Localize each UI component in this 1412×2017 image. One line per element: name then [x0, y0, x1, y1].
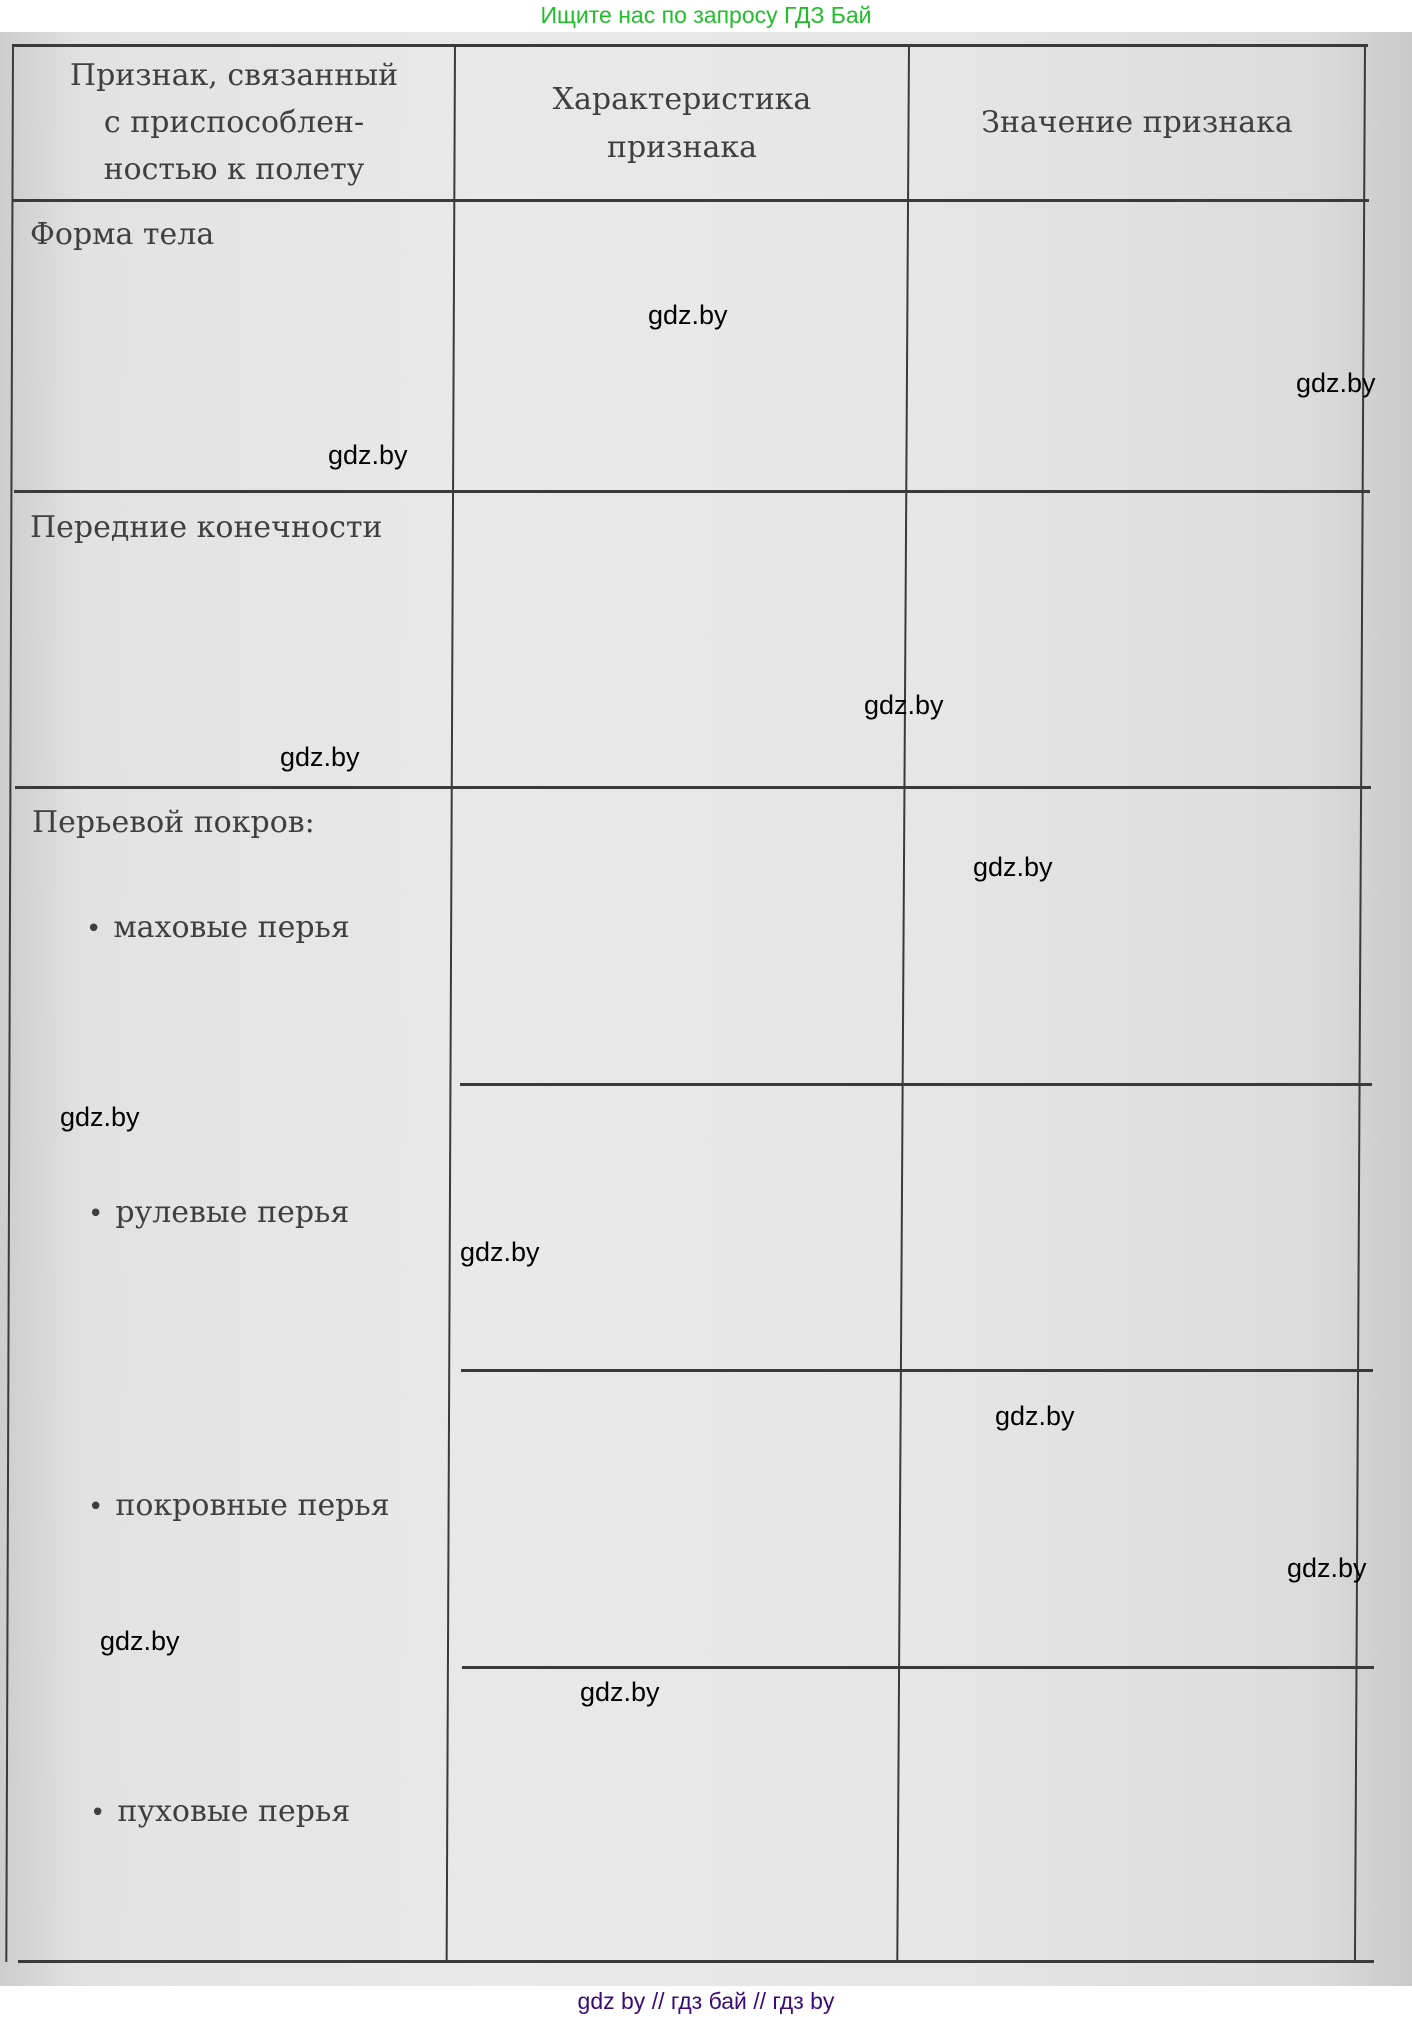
row-feature-plumage: Перьевой покров:	[32, 800, 315, 846]
watermark: gdz.by	[1296, 368, 1376, 399]
row-border	[462, 1666, 1374, 1669]
cell-characteristic-tail-feathers	[460, 1087, 908, 1367]
table-top-border	[12, 44, 1368, 47]
cell-characteristic-down-feathers	[462, 1670, 910, 1958]
row-feature-body-shape: Форма тела	[30, 212, 214, 258]
cell-characteristic-forelimbs	[458, 494, 906, 784]
header-characteristic: Характеристика признака	[456, 76, 908, 172]
header-meaning-line-1: Значение признака	[910, 100, 1364, 146]
cell-meaning-forelimbs	[912, 494, 1362, 784]
header-characteristic-line-2: признака	[456, 124, 908, 172]
row-feature-tail-feathers: рулевые перья	[88, 1190, 349, 1237]
watermark: gdz.by	[328, 440, 408, 471]
row-border	[14, 490, 1370, 493]
watermark: gdz.by	[580, 1677, 660, 1708]
watermark: gdz.by	[280, 742, 360, 773]
header-meaning: Значение признака	[910, 100, 1364, 146]
watermark: gdz.by	[60, 1102, 140, 1133]
watermark: gdz.by	[460, 1237, 540, 1268]
row-feature-forelimbs: Передние конечности	[30, 505, 382, 551]
watermark: gdz.by	[648, 300, 728, 331]
header-bottom-border	[13, 199, 1369, 202]
header-feature-line-1: Признак, связанный	[14, 52, 454, 99]
header-feature-line-2: с приспособлен-	[14, 99, 454, 146]
top-banner[interactable]: Ищите нас по запросу ГДЗ Бай	[0, 0, 1412, 32]
header-feature: Признак, связанный с приспособлен- ность…	[14, 52, 454, 193]
row-border	[15, 786, 1371, 789]
cell-meaning-flight-feathers	[912, 790, 1362, 1081]
bottom-banner[interactable]: gdz by // гдз бай // гдз by	[0, 1986, 1412, 2017]
watermark: gdz.by	[995, 1401, 1075, 1432]
watermark: gdz.by	[1287, 1553, 1367, 1584]
header-feature-line-3: ностью к полету	[14, 146, 454, 193]
header-characteristic-line-1: Характеристика	[456, 76, 908, 124]
row-feature-flight-feathers: маховые перья	[86, 905, 350, 952]
watermark: gdz.by	[973, 852, 1053, 883]
table-bottom-border	[18, 1960, 1374, 1963]
cell-meaning-contour-feathers	[915, 1373, 1365, 1664]
cell-meaning-tail-feathers	[914, 1087, 1364, 1367]
cell-characteristic-contour-feathers	[461, 1373, 909, 1664]
cell-meaning-down-feathers	[916, 1670, 1366, 1958]
cell-meaning-body-shape	[912, 203, 1362, 488]
cell-characteristic-body-shape	[458, 203, 906, 488]
watermark: gdz.by	[864, 690, 944, 721]
row-feature-contour-feathers: покровные перья	[88, 1483, 390, 1530]
cell-characteristic-flight-feathers	[458, 790, 906, 1081]
watermark: gdz.by	[100, 1626, 180, 1657]
row-border	[460, 1083, 1372, 1086]
row-feature-down-feathers: пуховые перья	[90, 1789, 350, 1836]
row-border	[461, 1369, 1373, 1372]
